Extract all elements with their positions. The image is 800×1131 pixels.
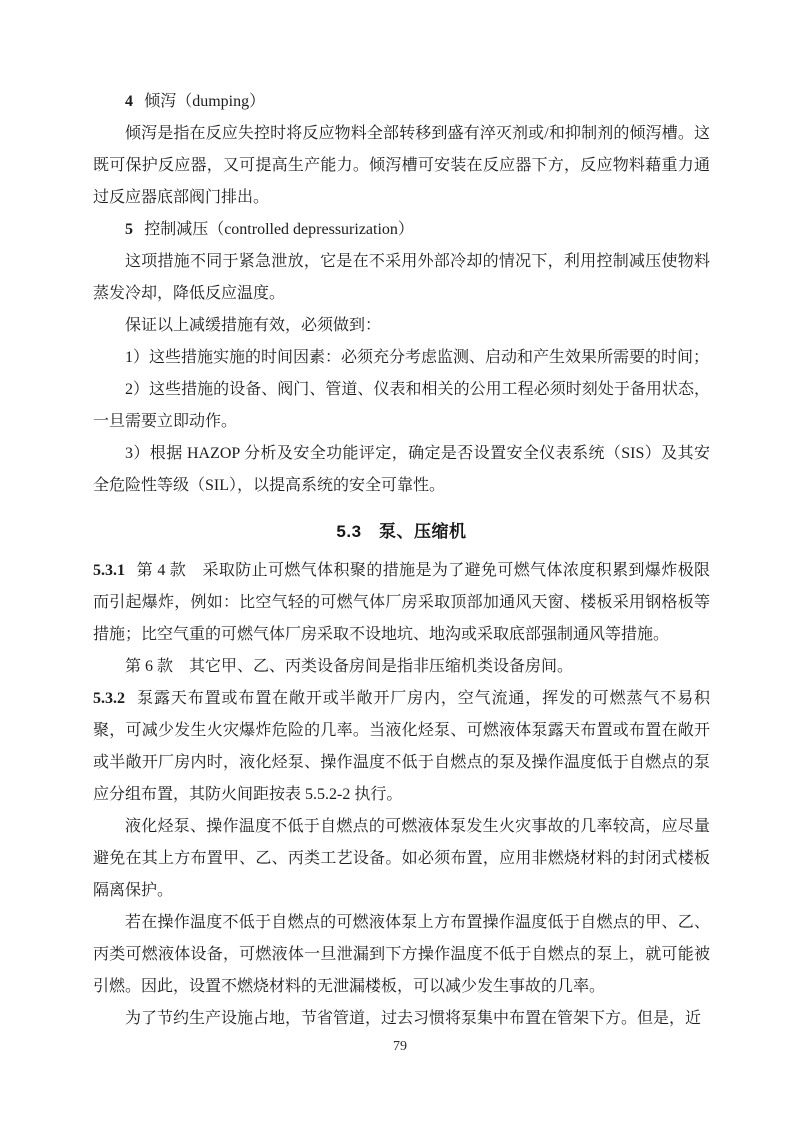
paragraph-leakproof-floor: 若在操作温度不低于自燃点的可燃液体泵上方布置操作温度低于自燃点的甲、乙、丙类可燃…: [93, 907, 710, 1003]
section-heading: 5.3 泵、压缩机: [93, 516, 710, 548]
paragraph-text: 1）这些措施实施的时间因素：必须充分考虑监测、启动和产生效果所需要的时间；: [125, 349, 709, 366]
paragraph-depressurization-desc: 这项措施不同于紧急泄放，它是在不采用外部冷却的情况下，利用控制减压使物料蒸发冷却…: [93, 246, 710, 310]
paragraph-text: 若在操作温度不低于自燃点的可燃液体泵上方布置操作温度低于自燃点的甲、乙、丙类可燃…: [93, 914, 710, 995]
paragraph-text: 倾泻（dumping）: [144, 93, 265, 110]
paragraph-text: 第 4 款 采取防止可燃气体积聚的措施是为了避免可燃气体浓度积累到爆炸极限而引起…: [93, 562, 710, 643]
paragraph-lpg-pump-risk: 液化烃泵、操作温度不低于自燃点的可燃液体泵发生火灾事故的几率较高，应尽量避免在其…: [93, 811, 710, 907]
paragraph-text: 3）根据 HAZOP 分析及安全功能评定，确定是否设置安全仪表系统（SIS）及其…: [93, 445, 710, 494]
paragraph-clause-5-3-1: 5.3.1第 4 款 采取防止可燃气体积聚的措施是为了避免可燃气体浓度积累到爆炸…: [93, 555, 710, 651]
paragraph-clause-5-3-2: 5.3.2泵露天布置或布置在敞开或半敞开厂房内，空气流通，挥发的可燃蒸气不易积聚…: [93, 683, 710, 811]
paragraph-text: 这项措施不同于紧急泄放，它是在不采用外部冷却的情况下，利用控制减压使物料蒸发冷却…: [93, 253, 710, 302]
paragraph-item-4: 4倾泻（dumping）: [93, 86, 710, 118]
paragraph-guarantee-intro: 保证以上减缓措施有效，必须做到：: [93, 310, 710, 342]
paragraph-subitem-2: 2）这些措施的设备、阀门、管道、仪表和相关的公用工程必须时刻处于备用状态，一旦需…: [93, 374, 710, 438]
paragraph-text: 2）这些措施的设备、阀门、管道、仪表和相关的公用工程必须时刻处于备用状态，一旦需…: [93, 381, 710, 430]
paragraph-item-5: 5控制减压（controlled depressurization）: [93, 214, 710, 246]
paragraph-text: 泵露天布置或布置在敞开或半敞开厂房内，空气流通，挥发的可燃蒸气不易积聚，可减少发…: [93, 690, 710, 803]
paragraph-pipe-rack: 为了节约生产设施占地，节省管道，过去习惯将泵集中布置在管架下方。但是，近: [93, 1003, 710, 1035]
paragraph-clause-6: 第 6 款 其它甲、乙、丙类设备房间是指非压缩机类设备房间。: [93, 651, 710, 683]
paragraph-text: 第 6 款 其它甲、乙、丙类设备房间是指非压缩机类设备房间。: [125, 658, 573, 675]
item-number: 4: [125, 93, 133, 110]
clause-number: 5.3.1: [93, 562, 125, 579]
paragraph-subitem-3: 3）根据 HAZOP 分析及安全功能评定，确定是否设置安全仪表系统（SIS）及其…: [93, 438, 710, 502]
page-number: 79: [0, 1038, 800, 1056]
paragraph-text: 倾泻是指在反应失控时将反应物料全部转移到盛有淬灭剂或/和抑制剂的倾泻槽。这既可保…: [93, 125, 710, 206]
item-number: 5: [125, 221, 133, 238]
paragraph-text: 为了节约生产设施占地，节省管道，过去习惯将泵集中布置在管架下方。但是，近: [125, 1010, 701, 1027]
clause-number: 5.3.2: [93, 690, 125, 707]
paragraph-text: 液化烃泵、操作温度不低于自燃点的可燃液体泵发生火灾事故的几率较高，应尽量避免在其…: [93, 818, 710, 899]
page-content: 4倾泻（dumping） 倾泻是指在反应失控时将反应物料全部转移到盛有淬灭剂或/…: [93, 86, 710, 1035]
paragraph-text: 控制减压（controlled depressurization）: [144, 221, 414, 238]
paragraph-subitem-1: 1）这些措施实施的时间因素：必须充分考虑监测、启动和产生效果所需要的时间；: [93, 342, 710, 374]
paragraph-text: 保证以上减缓措施有效，必须做到：: [125, 317, 381, 334]
document-page: 4倾泻（dumping） 倾泻是指在反应失控时将反应物料全部转移到盛有淬灭剂或/…: [0, 0, 800, 1131]
paragraph-dumping-desc: 倾泻是指在反应失控时将反应物料全部转移到盛有淬灭剂或/和抑制剂的倾泻槽。这既可保…: [93, 118, 710, 214]
